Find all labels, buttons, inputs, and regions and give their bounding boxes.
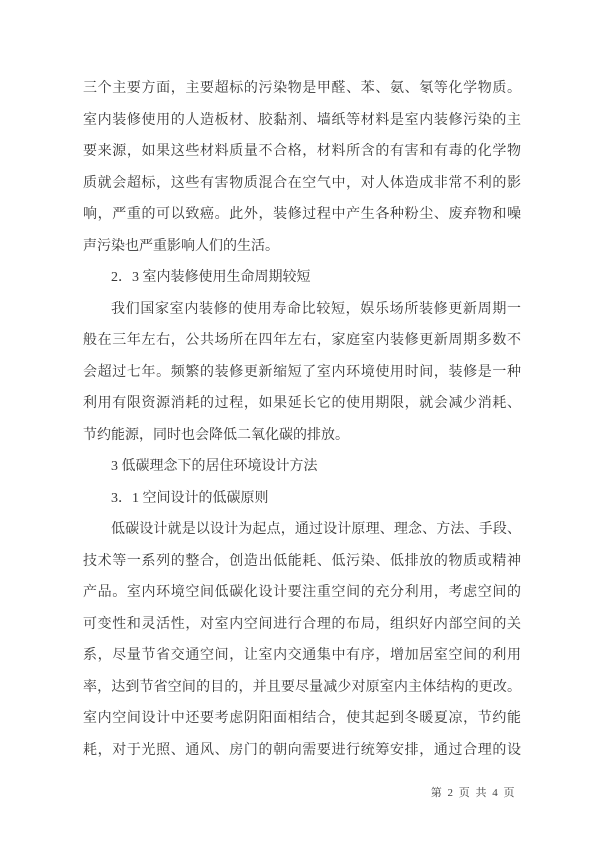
text-line: 要来源，如果这些材料质量不合格，材料所含的有害和有毒的化学物 — [83, 136, 521, 168]
text-line: 率，达到节省空间的目的，并且要尽量减少对原室内主体结构的更改。 — [83, 672, 521, 704]
section-heading: 3 低碳理念下的居住环境设计方法 — [83, 451, 521, 483]
text-line: 节约能源，同时也会降低二氧化碳的排放。 — [83, 420, 521, 452]
section-heading: 3．1 空间设计的低碳原则 — [83, 483, 521, 515]
text-line: 低碳设计就是以设计为起点，通过设计原理、理念、方法、手段、 — [83, 514, 521, 546]
text-line: 技术等一系列的整合，创造出低能耗、低污染、低排放的物质或精神 — [83, 546, 521, 578]
text-line: 质就会超标，这些有害物质混合在空气中，对人体造成非常不利的影 — [83, 168, 521, 200]
text-line: 利用有限资源消耗的过程，如果延长它的使用期限，就会减少消耗、 — [83, 388, 521, 420]
text-line: 室内空间设计中还要考虑阴阳面相结合，使其起到冬暖夏凉，节约能 — [83, 703, 521, 735]
text-line: 我们国家室内装修的使用寿命比较短，娱乐场所装修更新周期一 — [83, 294, 521, 326]
text-line: 系，尽量节省交通空间，让室内交通集中有序，增加居室空间的利用 — [83, 640, 521, 672]
text-line: 可变性和灵活性，对室内空间进行合理的布局，组织好内部空间的关 — [83, 609, 521, 641]
text-line: 三个主要方面，主要超标的污染物是甲醛、苯、氨、氡等化学物质。 — [83, 73, 521, 105]
text-line: 产品。室内环境空间低碳化设计要注重空间的充分利用，考虑空间的 — [83, 577, 521, 609]
text-line: 响，严重的可以致癌。此外，装修过程中产生各种粉尘、废弃物和噪 — [83, 199, 521, 231]
text-line: 会超过七年。频繁的装修更新缩短了室内环境使用时间，装修是一种 — [83, 357, 521, 389]
page-number-footer: 第 2 页 共 4 页 — [431, 784, 516, 800]
text-line: 室内装修使用的人造板材、胶黏剂、墙纸等材料是室内装修污染的主 — [83, 105, 521, 137]
document-page: 三个主要方面，主要超标的污染物是甲醛、苯、氨、氡等化学物质。 室内装修使用的人造… — [0, 0, 600, 848]
text-line: 般在三年左右，公共场所在四年左右，家庭室内装修更新周期多数不 — [83, 325, 521, 357]
text-line: 声污染也严重影响人们的生活。 — [83, 231, 521, 263]
document-body: 三个主要方面，主要超标的污染物是甲醛、苯、氨、氡等化学物质。 室内装修使用的人造… — [83, 73, 521, 766]
text-line: 耗，对于光照、通风、房门的朝向需要进行统筹安排，通过合理的设 — [83, 735, 521, 767]
section-heading: 2．3 室内装修使用生命周期较短 — [83, 262, 521, 294]
